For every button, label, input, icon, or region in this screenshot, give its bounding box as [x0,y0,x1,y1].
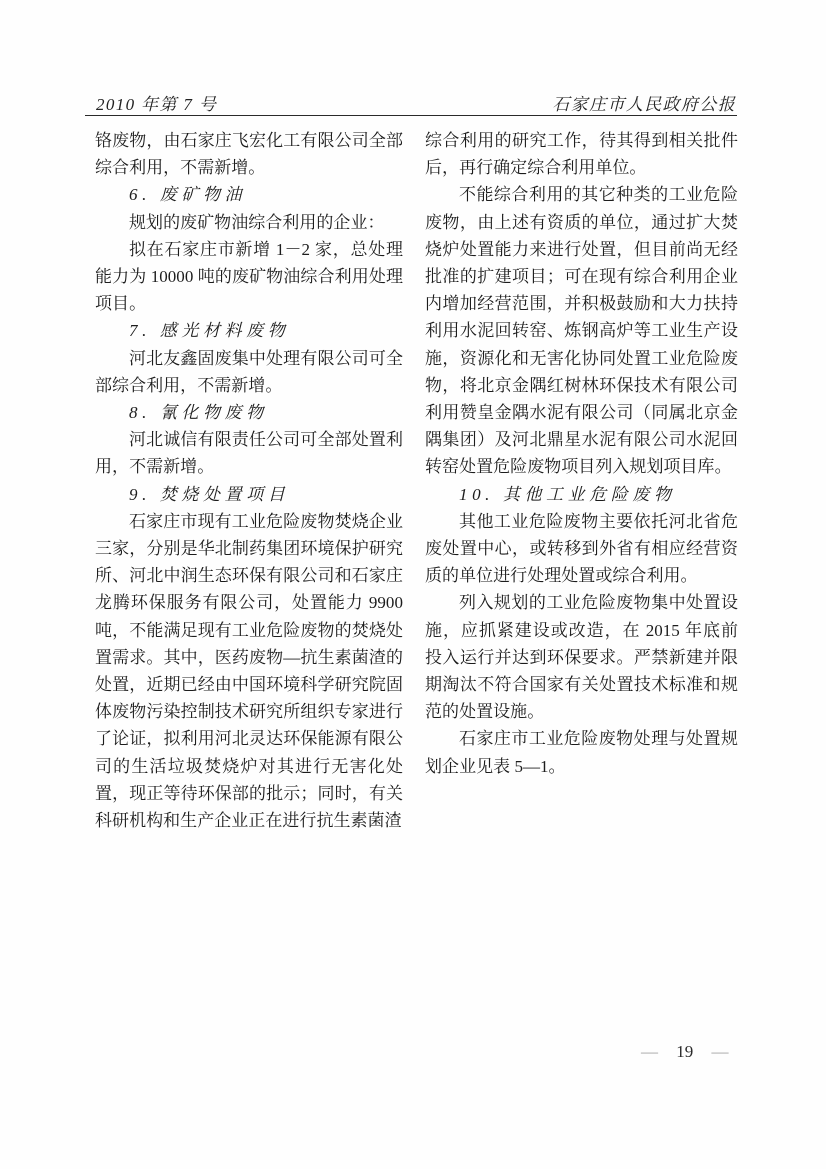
section-heading: 10. 其他工业危险废物 [425,481,738,508]
paragraph: 不能综合利用的其它种类的工业危险废物，由上述有资质的单位，通过扩大焚烧炉处置能力… [425,181,738,480]
paragraph: 石家庄市工业危险废物处理与处置规划企业见表 5—1。 [425,725,738,779]
page-number: 19 [676,1042,693,1061]
text-column-left: 铬废物，由石家庄飞宏化工有限公司全部综合利用，不需新增。6. 废矿物油规划的废矿… [95,127,403,834]
paragraph: 规划的废矿物油综合利用的企业： [95,209,403,236]
page-footer: — 19 — [641,1042,729,1062]
paragraph: 石家庄市现有工业危险废物焚烧企业三家，分别是华北制药集团环境保护研究所、河北中润… [95,508,403,834]
page-header: 2010 年第 7 号 石家庄市人民政府公报 [96,90,736,115]
section-heading: 6. 废矿物油 [95,181,403,208]
paragraph: 铬废物，由石家庄飞宏化工有限公司全部综合利用，不需新增。 [95,127,403,181]
section-heading: 7. 感光材料废物 [95,317,403,344]
header-issue-number: 2010 年第 7 号 [96,90,217,115]
paragraph: 河北诚信有限责任公司可全部处置利用，不需新增。 [95,426,403,480]
text-column-right: 综合利用的研究工作，待其得到相关批件后，再行确定综合利用单位。不能综合利用的其它… [425,127,738,780]
header-rule [85,115,737,116]
footer-dash-right: — [712,1042,729,1061]
footer-dash-left: — [641,1042,658,1061]
section-heading: 9. 焚烧处置项目 [95,481,403,508]
header-publication-title: 石家庄市人民政府公报 [552,90,736,115]
paragraph: 河北友鑫固废集中处理有限公司可全部综合利用，不需新增。 [95,345,403,399]
paragraph: 列入规划的工业危险废物集中处置设施，应抓紧建设或改造，在 2015 年底前投入运… [425,589,738,725]
paragraph: 综合利用的研究工作，待其得到相关批件后，再行确定综合利用单位。 [425,127,738,181]
section-heading: 8. 氰化物废物 [95,399,403,426]
paragraph: 其他工业危险废物主要依托河北省危废处置中心，或转移到外省有相应经营资质的单位进行… [425,508,738,590]
paragraph: 拟在石家庄市新增 1－2 家，总处理能力为 10000 吨的废矿物油综合利用处理… [95,236,403,318]
document-page: 2010 年第 7 号 石家庄市人民政府公报 铬废物，由石家庄飞宏化工有限公司全… [0,0,826,1169]
